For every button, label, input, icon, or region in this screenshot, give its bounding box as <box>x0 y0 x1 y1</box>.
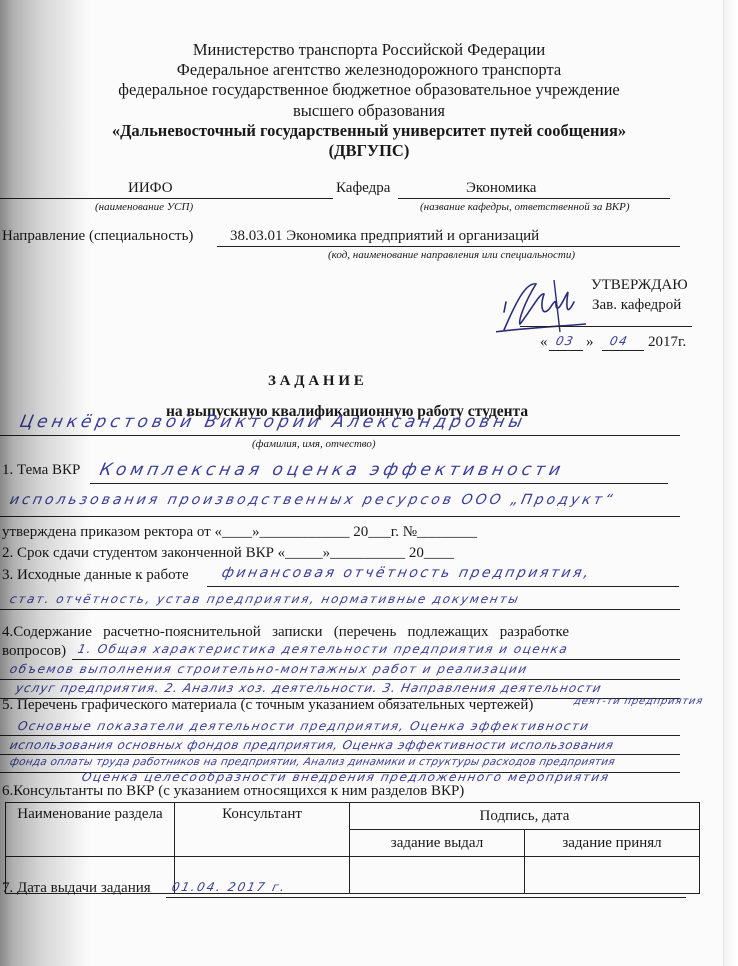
source-data-line-1: финансовая отчётность предприятия, <box>220 565 592 581</box>
usp-underline <box>0 198 333 199</box>
approval-position: Зав. кафедрой <box>592 297 681 314</box>
approval-month-underline <box>602 350 644 351</box>
graphics-underline-1 <box>0 735 680 736</box>
approval-day: 03 <box>555 334 576 348</box>
consultants-label: 6.Консультанты по ВКР (с указанием относ… <box>2 783 464 800</box>
approval-signature-line <box>520 326 692 327</box>
approval-date-open: « <box>540 334 548 351</box>
topic-underline-2 <box>0 516 680 517</box>
topic-line-1: Комплексная оценка эффективности <box>98 460 566 480</box>
contents-line-3: услуг предприятия. 2. Анализ хоз. деятел… <box>15 681 604 695</box>
university-name: «Дальневосточный государственный универс… <box>0 121 738 141</box>
contents-label-line-2: вопросов) <box>2 643 66 660</box>
department-value: Экономика <box>466 180 536 197</box>
header-signature-date: Подпись, дата <box>350 803 700 830</box>
header-consultant: Консультант <box>175 803 350 857</box>
header-issued: задание выдал <box>350 830 525 857</box>
usp-value: ИИФО <box>128 180 173 197</box>
approval-month: 04 <box>609 334 630 348</box>
direction-value: 38.03.01 Экономика предприятий и организ… <box>230 228 539 245</box>
approval-title: УТВЕРЖДАЮ <box>591 277 688 294</box>
graphics-underline-2 <box>0 754 680 755</box>
cell-accepted[interactable] <box>525 857 700 894</box>
contents-underline-2 <box>0 679 680 680</box>
education-level-line: высшего образования <box>0 101 738 121</box>
department-label: Кафедра <box>336 180 390 197</box>
graphics-line-3: фонда оплаты труда работников на предпри… <box>9 756 616 768</box>
contents-line-1: 1. Общая характеристика деятельности пре… <box>77 642 570 656</box>
order-line: утверждена приказом ректора от «____»___… <box>2 524 477 541</box>
department-caption: (название кафедры, ответственной за ВКР) <box>420 201 630 213</box>
university-abbr: (ДВГУПС) <box>0 141 738 161</box>
graphics-line-2: использования основных фондов предприяти… <box>9 738 616 752</box>
graphics-line-0: деят-ти предприятия <box>573 696 704 707</box>
issue-date-underline <box>166 897 686 898</box>
approval-day-underline <box>549 350 583 351</box>
cell-issued[interactable] <box>350 857 525 894</box>
assignment-title: З А Д А Н И Е <box>268 373 364 390</box>
source-data-label: 3. Исходные данные к работе <box>2 567 189 584</box>
deadline-line: 2. Срок сдачи студентом законченной ВКР … <box>2 545 454 562</box>
topic-underline-1 <box>90 483 668 484</box>
direction-underline <box>217 246 680 247</box>
header-accepted: задание принял <box>525 830 700 857</box>
source-data-underline-2 <box>0 609 680 610</box>
contents-label-line-1: 4.Содержание расчетно-пояснительной запи… <box>2 624 569 641</box>
topic-line-2: использования производственных ресурсов … <box>8 492 616 508</box>
student-caption: (фамилия, имя, отчество) <box>252 438 376 450</box>
institution-type-line: федеральное государственное бюджетное об… <box>0 80 738 100</box>
contents-line-2: объемов выполнения строительно-монтажных… <box>9 662 530 676</box>
usp-caption: (наименование УСП) <box>95 201 193 213</box>
agency-line: Федеральное агентство железнодорожного т… <box>0 60 738 80</box>
issue-date-value: 01.04. 2017 г. <box>171 880 288 894</box>
approval-year: 2017г. <box>648 334 686 351</box>
approval-date-close: » <box>586 334 594 351</box>
graphics-label: 5. Перечень графического материала (с то… <box>2 697 533 714</box>
student-name: Ценкёрстовой Виктории Александровны <box>18 412 528 432</box>
student-name-underline <box>0 435 680 436</box>
ministry-line: Министерство транспорта Российской Федер… <box>0 40 738 60</box>
contents-underline-1 <box>72 659 680 660</box>
direction-label: Направление (специальность) <box>2 228 193 245</box>
graphics-line-4: Оценка целесообразности внедрения предло… <box>81 770 612 784</box>
signature-icon <box>496 272 586 342</box>
graphics-line-1: Основные показатели деятельности предпри… <box>17 719 591 733</box>
department-underline <box>398 198 670 199</box>
header-section-name: Наименование раздела <box>6 803 175 857</box>
source-data-underline-1 <box>207 586 679 587</box>
source-data-line-2: стат. отчётность, устав предприятия, нор… <box>9 592 522 606</box>
direction-caption: (код, наименование направления или специ… <box>328 249 575 261</box>
topic-label: 1. Тема ВКР <box>2 462 80 479</box>
issue-date-label: 7. Дата выдачи задания <box>2 880 151 897</box>
